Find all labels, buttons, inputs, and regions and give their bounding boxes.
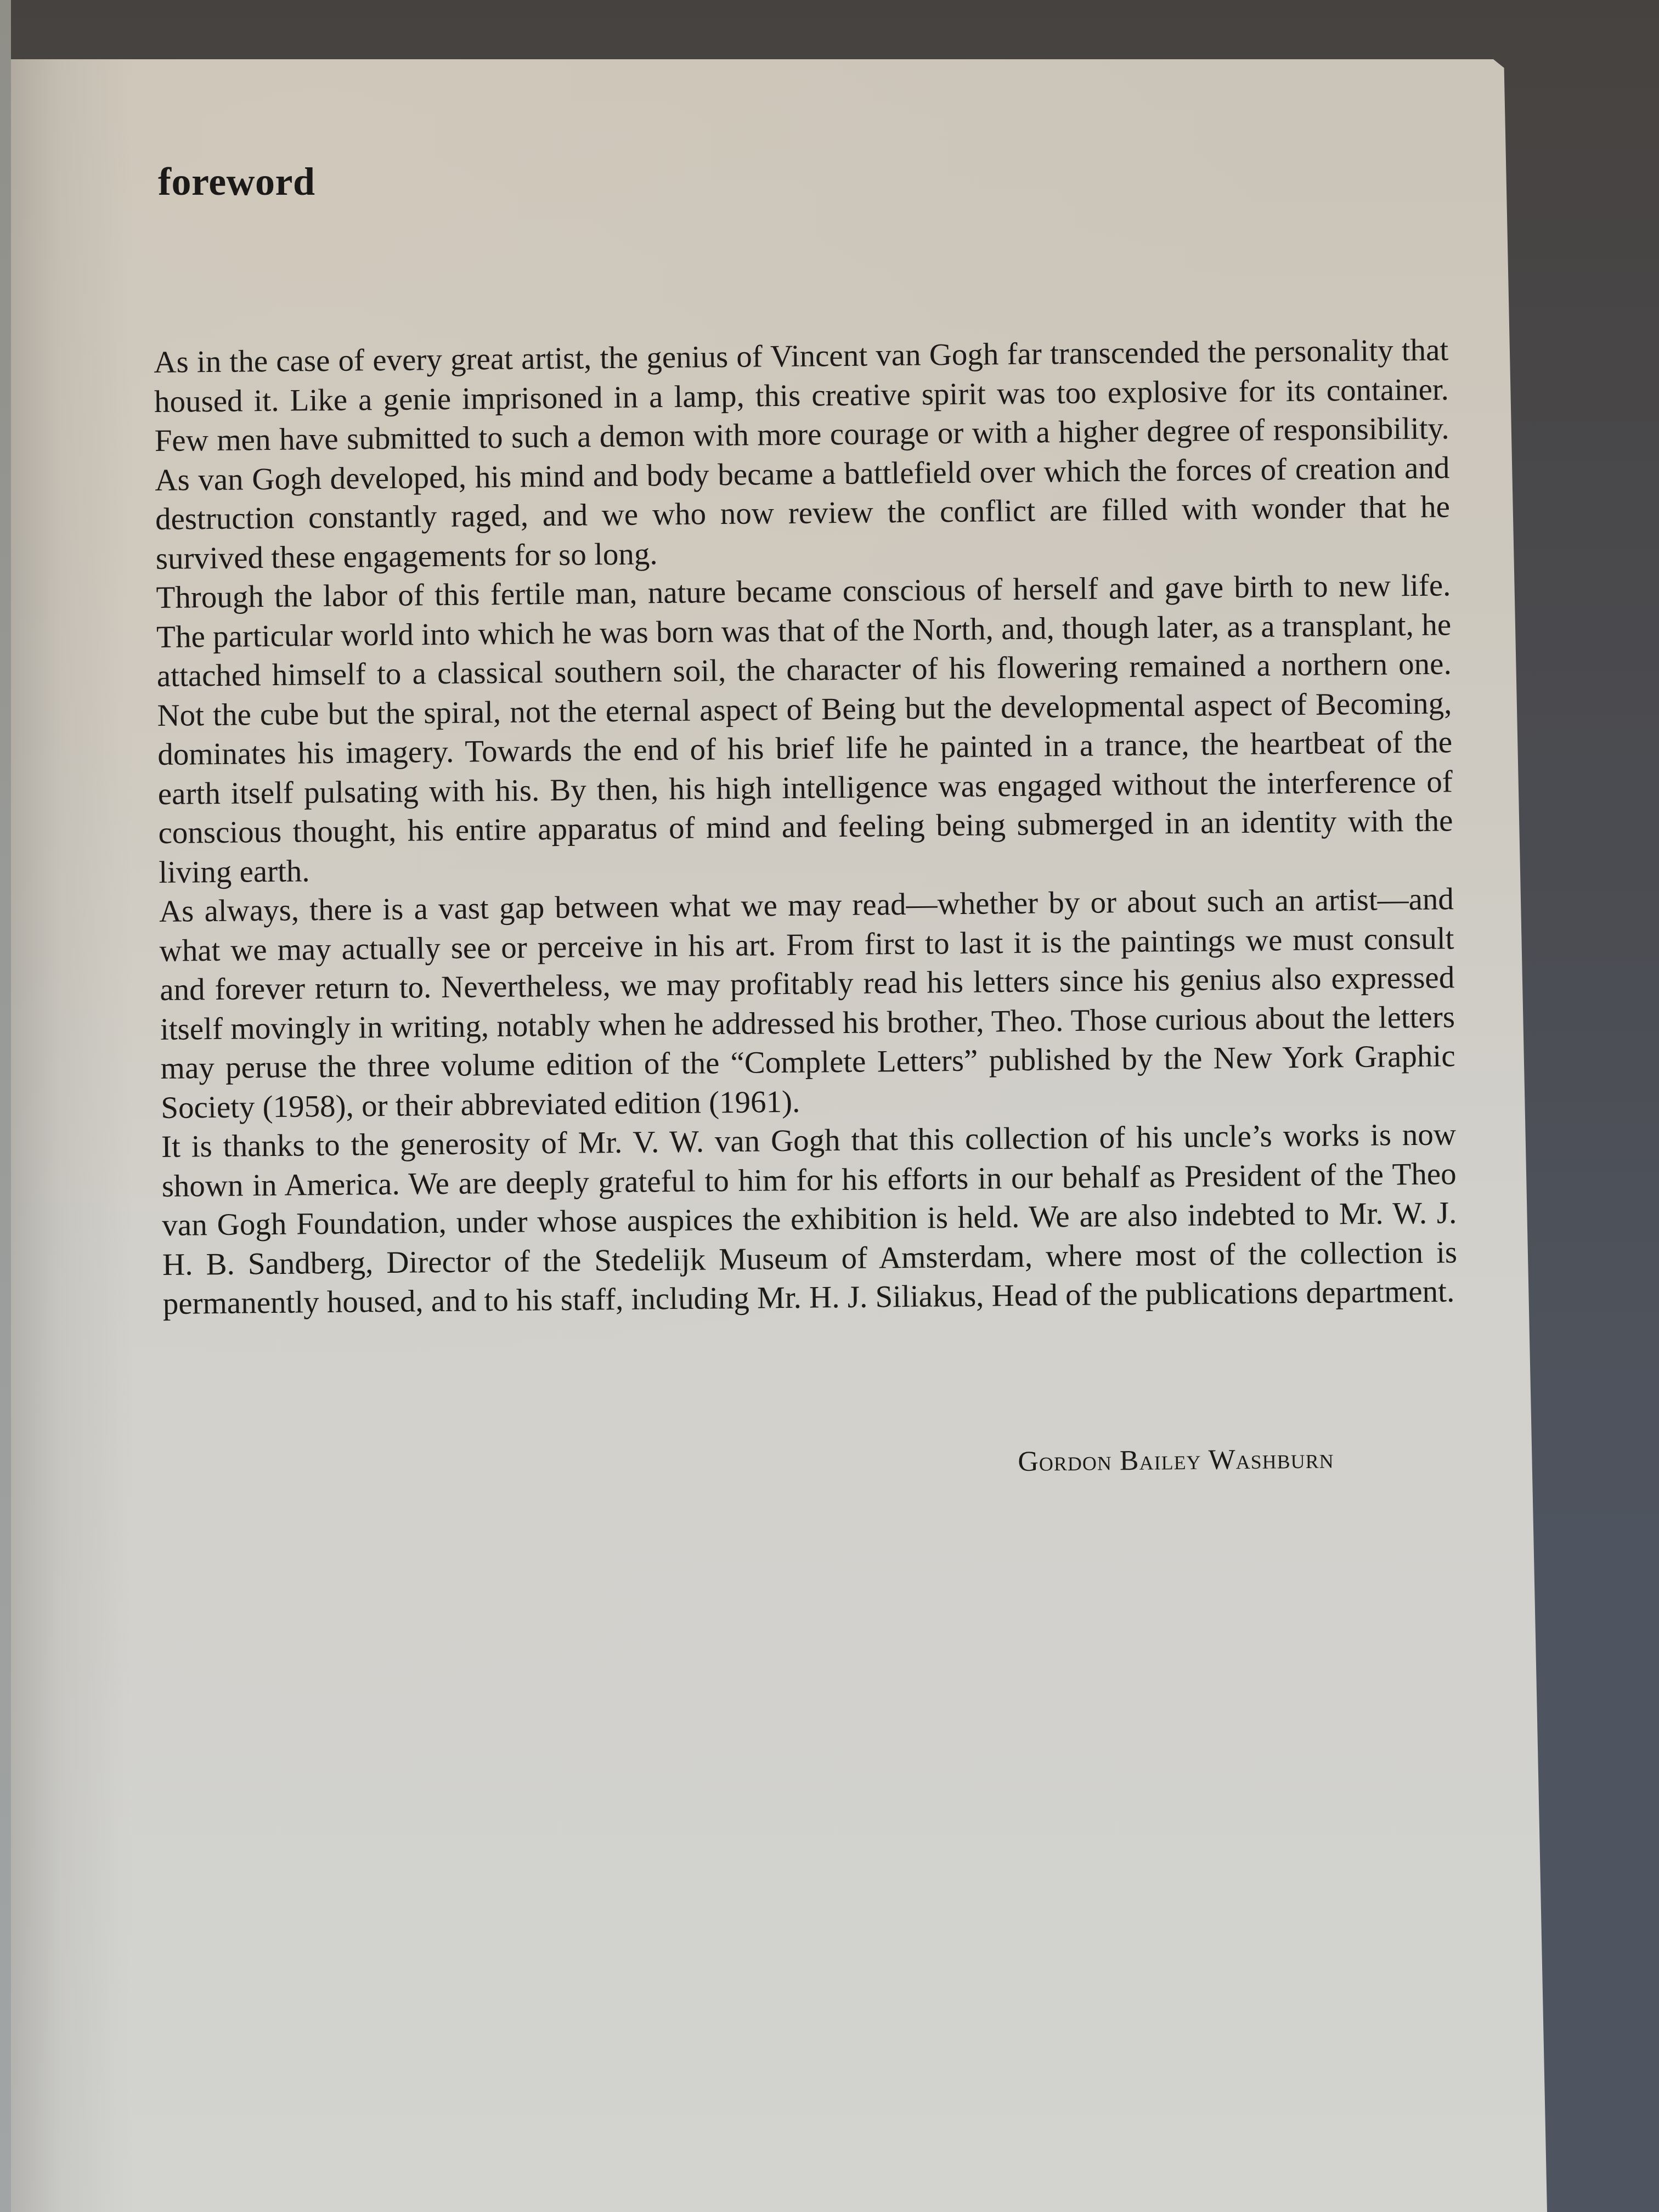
paragraph-1: As in the case of every great artist, th… bbox=[154, 330, 1451, 578]
page-heading: foreword bbox=[158, 159, 315, 205]
paragraph-4: It is thanks to the generosity of Mr. V.… bbox=[161, 1115, 1458, 1323]
adjacent-page-edge bbox=[0, 0, 11, 2212]
foreword-body: As in the case of every great artist, th… bbox=[154, 330, 1458, 1323]
author-signature: Gordon Bailey Washburn bbox=[1018, 1442, 1334, 1478]
paragraph-3: As always, there is a vast gap between w… bbox=[159, 879, 1456, 1127]
paragraph-2: Through the labor of this fertile man, n… bbox=[156, 566, 1453, 892]
